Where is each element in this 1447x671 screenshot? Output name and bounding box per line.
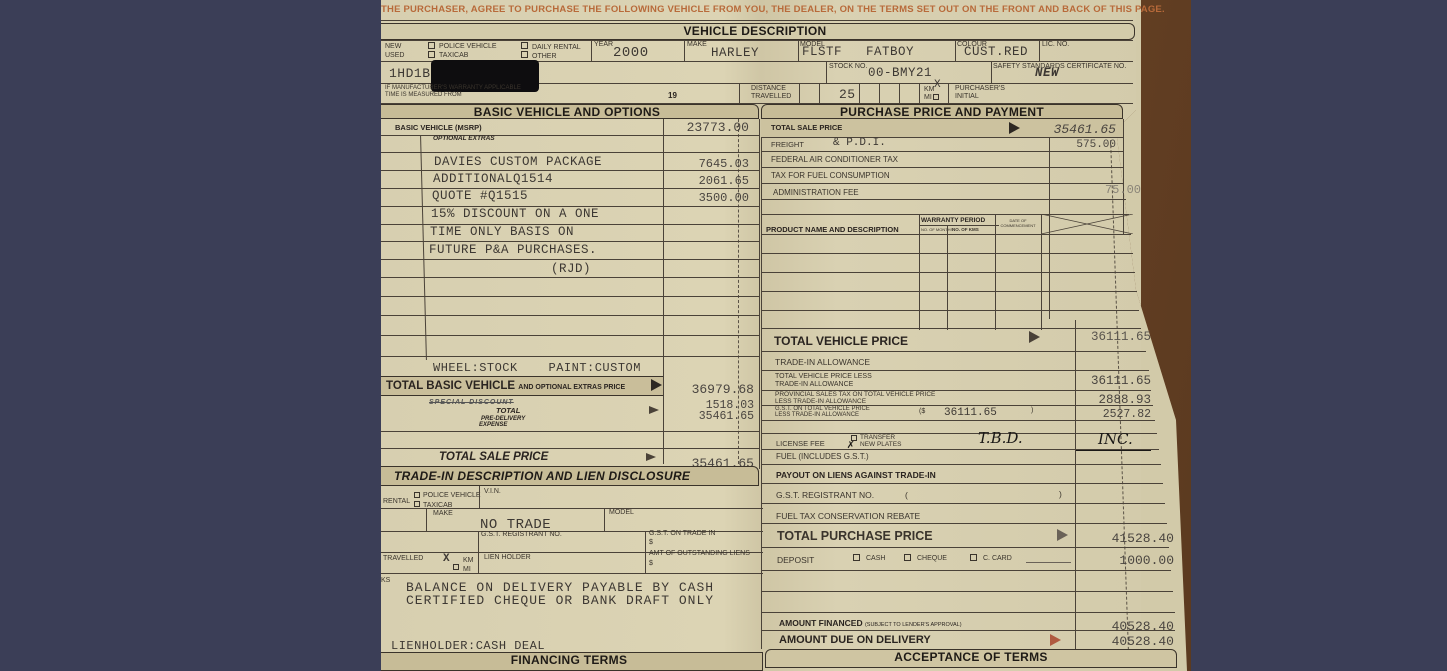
mi-label: MI [924,94,932,101]
fuel-rebate-label: FUEL TAX CONSERVATION REBATE [776,511,920,521]
crossed-cell-icon [1041,214,1133,234]
product-header: PRODUCT NAME AND DESCRIPTION [766,225,899,234]
total-basic-label: TOTAL BASIC VEHICLE AND OPTIONAL EXTRAS … [386,380,625,392]
cash-checkbox[interactable] [853,554,860,561]
mi-label: MI [463,566,471,573]
amount-financed-value: 40528.40 [1086,619,1174,634]
make-value: HARLEY [711,46,759,60]
travelled-label: TRAVELLED [383,555,423,562]
taxicab-checkbox[interactable] [414,501,420,507]
less-trade-label-2: TRADE-IN ALLOWANCE [775,381,853,388]
total-sale-label: TOTAL SALE PRICE [439,451,548,463]
admin-fee-label: ADMINISTRATION FEE [773,188,859,197]
section-title: PURCHASE PRICE AND PAYMENT [840,105,1044,119]
optional-extras-label: OPTIONAL EXTRAS [433,135,495,142]
total-value: 35461.65 [676,410,754,423]
purchase-agreement-notice: THE PURCHASER, AGREE TO PURCHASE THE FOL… [381,4,1165,15]
pst-label-2: LESS TRADE-IN ALLOWANCE [775,398,866,405]
vin-value: 1HD1B [389,66,431,81]
arrow-right-icon [646,453,656,461]
make-label: MAKE [687,41,707,48]
gst-registrant-open: ( [905,490,908,500]
payout-liens-label: PAYOUT ON LIENS AGAINST TRADE-IN [776,470,936,480]
gst-label-2: LESS TRADE-IN ALLOWANCE [775,412,859,418]
purchase-price-header: PURCHASE PRICE AND PAYMENT [761,104,1123,119]
credit-card-checkbox[interactable] [970,554,977,561]
arrow-right-icon [649,406,659,414]
trade-make-label: MAKE [433,510,453,517]
credit-card-label: C. CARD [983,555,1012,562]
remarks-line-2: CERTIFIED CHEQUE OR BANK DRAFT ONLY [406,593,714,608]
arrow-right-icon [1009,122,1020,134]
other-label: OTHER [532,53,557,60]
amount-financed-label: AMOUNT FINANCED (SUBJECT TO LENDER'S APP… [779,618,962,628]
mi-checkbox[interactable] [933,94,939,100]
trade-in-header: TRADE-IN DESCRIPTION AND LIEN DISCLOSURE [381,466,759,486]
fuel-tax-label: TAX FOR FUEL CONSUMPTION [771,171,890,180]
police-vehicle-checkbox[interactable] [414,492,420,498]
extra-item-amount: 7645.03 [671,157,749,171]
safety-cert-label: SAFETY STANDARDS CERTIFICATE NO. [993,63,1126,70]
warranty-period-header: WARRANTY PERIOD [921,217,985,224]
stock-no-label: STOCK NO. [829,63,867,70]
total-basic-suffix: AND OPTIONAL EXTRAS PRICE [518,384,625,391]
arrow-right-icon [1029,331,1040,343]
dollar-sign: $ [649,539,653,546]
gst-base-prefix: ($ [919,408,925,415]
travelled-label: TRAVELLED [751,93,791,100]
gst-on-trade-label: G.S.T. ON TRADE IN [649,530,715,537]
trade-model-label: MODEL [609,509,634,516]
amount-due-value: 40528.40 [1086,634,1174,649]
expense-label: EXPENSE [479,422,507,428]
daily-rental-checkbox[interactable] [521,42,528,49]
taxicab-checkbox[interactable] [428,51,435,58]
stock-no-value: 00-BMY21 [868,66,932,80]
rental-label: RENTAL [383,498,410,505]
total-basic-value: 36979.68 [676,382,754,397]
lienholder-note: LIENHOLDER:CASH DEAL [391,639,545,653]
extra-item-amount: 2061.65 [671,174,749,188]
year-value: 2000 [613,45,649,61]
warranty-note-2: TIME IS MEASURED FROM [385,92,462,98]
km-label: KM [463,557,474,564]
section-title: FINANCING TERMS [511,653,628,667]
no-kms-header: NO. OF KMS [952,227,979,232]
distance-value: 25 [839,87,856,102]
lien-holder-label: LIEN HOLDER [484,554,531,561]
section-title: BASIC VEHICLE AND OPTIONS [474,105,660,119]
lic-no-label: LIC. NO. [1042,41,1069,48]
arrow-right-icon [651,379,662,391]
extra-item-desc: ADDITIONALQ1514 [433,172,553,186]
total-vehicle-value: 36111.65 [1066,330,1151,344]
year-label: YEAR [594,41,613,48]
extra-item-desc: (RJD) [551,262,591,276]
license-fee-label: LICENSE FEE [776,439,825,448]
total-purchase-label: TOTAL PURCHASE PRICE [777,529,933,543]
km-mark: X [934,79,941,91]
extra-item-desc: TIME ONLY BASIS ON [430,225,574,239]
colour-value: CUST.RED [964,45,1028,59]
extra-item-amount: 3500.00 [671,191,749,205]
gst-registrant-close: ) [1059,489,1062,499]
gst-registrant-label: G.S.T. REGISTRANT NO. [776,490,874,500]
outstanding-liens-label: AMT OF OUTSTANDING LIENS [649,550,750,557]
license-fee-handwritten: T.B.D. [978,429,1023,447]
no-months-header: NO. OF MONTHS [921,227,953,232]
warranty-note: IF MANUFACTURER'S WARRANTY APPLICABLE [385,85,521,91]
less-trade-label: TOTAL VEHICLE PRICE LESS [775,373,872,380]
gst-base-value: 36111.65 [944,407,997,419]
freight-label: FREIGHT [771,140,804,149]
document-photo: THE PURCHASER, AGREE TO PURCHASE THE FOL… [381,0,1191,671]
admin-fee-value: 75.00 [1061,183,1141,197]
financing-terms-header: FINANCING TERMS [381,652,763,671]
deposit-value: 1000.00 [1086,553,1174,568]
total-vehicle-label: TOTAL VEHICLE PRICE [774,334,908,348]
distance-label: DISTANCE [751,85,786,92]
model-value: FLSTF FATBOY [802,45,914,59]
date-commencement-header: DATE OF COMMENCEMENT [996,219,1040,228]
special-discount-label: SPECIAL DISCOUNT [429,399,514,406]
vehicle-description-header: VEHICLE DESCRIPTION [381,23,1135,40]
cheque-checkbox[interactable] [904,554,911,561]
new-plates-label: NEW PLATES [860,441,901,448]
license-fee-handwritten-2: INC. [1098,430,1133,448]
used-label: USED [385,52,404,59]
cheque-label: CHEQUE [917,555,947,562]
freight-value: 575.00 [1036,139,1116,151]
cash-label: CASH [866,555,885,562]
km-mark: X [443,553,450,565]
wheel-paint-note: WHEEL:STOCK PAINT:CUSTOM [433,361,641,375]
initial-label: INITIAL [955,93,979,100]
taxicab-label: TAXICAB [439,52,468,59]
safety-cert-value: NEW [1035,66,1059,80]
basic-vehicle-header: BASIC VEHICLE AND OPTIONS [381,104,759,119]
new-label: NEW [385,43,401,50]
trade-allowance-label: TRADE-IN ALLOWANCE [775,357,870,367]
remarks-label: KS [381,577,390,584]
gst-base-suffix: ) [1031,407,1033,414]
msrp-label: BASIC VEHICLE (MSRP) [395,123,482,132]
total-sale-value: 35461.65 [1036,122,1116,137]
ac-tax-label: FEDERAL AIR CONDITIONER TAX [771,155,898,164]
deposit-label: DEPOSIT [777,555,814,565]
vin-label: V.I.N. [484,488,501,495]
purchaser-initial-label: PURCHASER'S [955,85,1005,92]
police-vehicle-checkbox[interactable] [428,42,435,49]
extra-item-desc: DAVIES CUSTOM PACKAGE [434,155,602,169]
amount-financed-note: (SUBJECT TO LENDER'S APPROVAL) [865,622,962,628]
arrow-right-icon [1057,529,1068,541]
extra-item-desc: QUOTE #Q1515 [432,189,528,203]
section-title: ACCEPTANCE OF TERMS [894,650,1047,664]
transfer-label: TRANSFER [860,434,895,441]
total-purchase-value: 41528.40 [1086,531,1174,546]
mi-checkbox[interactable] [453,564,459,570]
taxicab-label: TAXICAB [423,502,452,509]
extra-item-desc: FUTURE P&A PURCHASES. [429,243,597,257]
extra-item-desc: 15% DISCOUNT ON A ONE [431,207,599,221]
police-vehicle-label: POLICE VEHICLE [423,492,481,499]
police-vehicle-label: POLICE VEHICLE [439,43,497,50]
total-basic-text: TOTAL BASIC VEHICLE [386,380,515,392]
other-checkbox[interactable] [521,51,528,58]
total-sale-label: TOTAL SALE PRICE [771,123,842,132]
less-trade-value: 36111.65 [1066,374,1151,388]
amount-due-label: AMOUNT DUE ON DELIVERY [779,634,931,646]
gst-registrant-label: G.S.T. REGISTRANT NO. [481,531,562,538]
section-title: TRADE-IN DESCRIPTION AND LIEN DISCLOSURE [394,469,690,483]
amount-financed-text: AMOUNT FINANCED [779,618,863,628]
arrow-right-icon [1050,634,1061,646]
daily-rental-label: DAILY RENTAL [532,44,581,51]
acceptance-terms-header: ACCEPTANCE OF TERMS [765,649,1177,668]
pst-label: PROVINCIAL SALES TAX ON TOTAL VEHICLE PR… [775,391,935,398]
freight-pdi: & P.D.I. [833,137,886,149]
dollar-sign: $ [649,560,653,567]
fuel-label: FUEL (INCLUDES G.S.T.) [776,452,869,461]
km-label: KM [924,86,935,93]
section-title: VEHICLE DESCRIPTION [683,24,826,38]
century-label: 19 [668,91,677,100]
total-label: TOTAL [496,406,520,415]
msrp-value: 23773.00 [671,120,749,135]
